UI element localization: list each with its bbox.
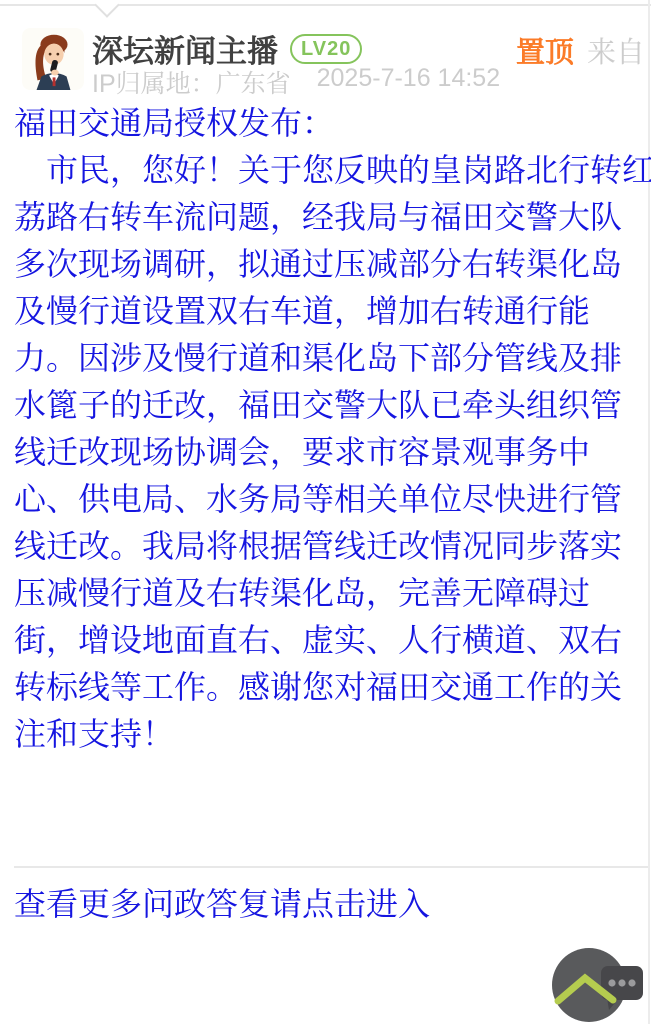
- back-to-top-button[interactable]: [545, 944, 649, 1024]
- level-badge: LV20: [290, 34, 362, 64]
- post-body-line: 心、供电局、水务局等相关单位尽快进行管: [14, 476, 644, 523]
- post-body: 福田交通局授权发布： 市民，您好！关于您反映的皇岗路北行转红 荔路右转车流问题，…: [14, 100, 644, 758]
- news-anchor-avatar-icon: [22, 28, 84, 90]
- from-label: 来自 2: [587, 30, 651, 71]
- post-timestamp: 2025-7-16 14:52: [317, 64, 500, 100]
- post-body-line: 线迁改。我局将根据管线迁改情况同步落实: [14, 523, 644, 570]
- user-avatar[interactable]: [22, 28, 84, 90]
- ip-location-label: IP归属地：广东省: [92, 64, 291, 100]
- footer-divider: [14, 866, 648, 868]
- post-body-line: 多次现场调研，拟通过压减部分右转渠化岛: [14, 241, 644, 288]
- pinned-badge: 置顶: [516, 30, 574, 71]
- post-body-line: 注和支持！: [14, 711, 644, 758]
- post-body-line: 荔路右转车流问题，经我局与福田交警大队: [14, 194, 644, 241]
- post-body-line: 及慢行道设置双右车道，增加右转通行能: [14, 288, 644, 335]
- post-body-line: 转标线等工作。感谢您对福田交通工作的关: [14, 664, 644, 711]
- view-more-replies-link[interactable]: 查看更多问政答复请点击进入: [14, 882, 430, 926]
- post-body-line: 街，增设地面直右、虚实、人行横道、双右: [14, 617, 644, 664]
- back-to-top-icon: [545, 944, 649, 1024]
- caret-down-notch-icon: [94, 0, 119, 18]
- card-top-hairline: [0, 4, 651, 6]
- post-body-line: 福田交通局授权发布：: [14, 100, 644, 147]
- post-body-line: 市民，您好！关于您反映的皇岗路北行转红: [14, 147, 644, 194]
- post-body-line: 水篦子的迁改，福田交警大队已牵头组织管: [14, 382, 644, 429]
- post-body-line: 压减慢行道及右转渠化岛，完善无障碍过: [14, 570, 644, 617]
- post-body-line: 力。因涉及慢行道和渠化岛下部分管线及排: [14, 335, 644, 382]
- post-body-line: 线迁改现场协调会，要求市容景观事务中: [14, 429, 644, 476]
- forum-post-card: 深坛新闻主播 LV20 IP归属地：广东省 2025-7-16 14:52 置顶…: [0, 0, 651, 1024]
